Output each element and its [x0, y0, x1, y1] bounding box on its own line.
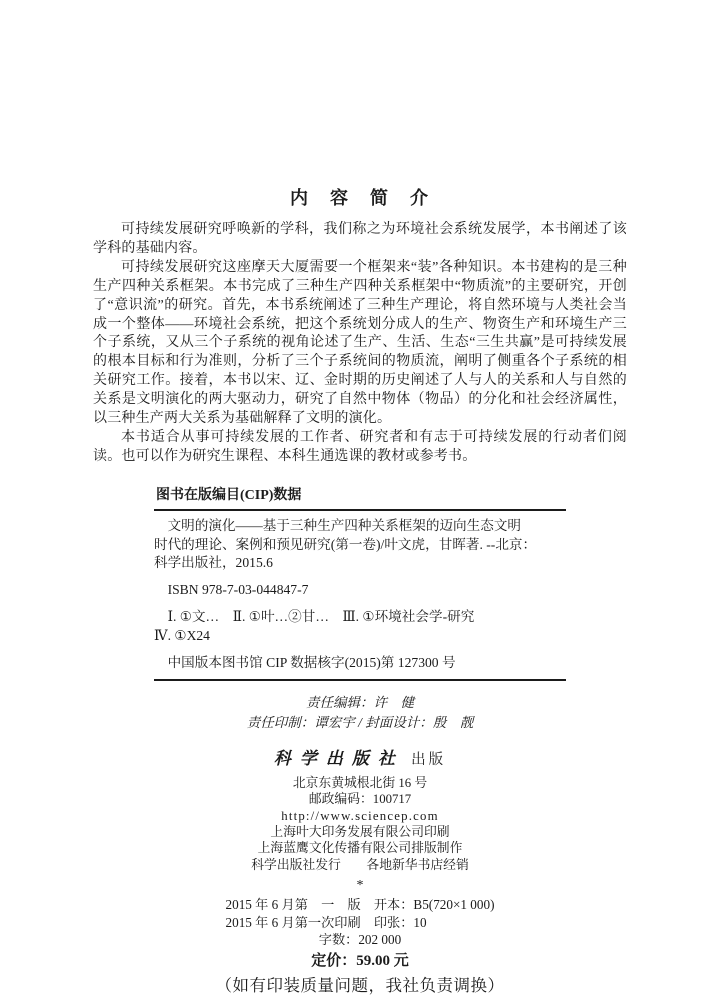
- content-summary-section: 可持续发展研究呼唤新的学科，我们称之为环境社会系统发展学，本书阐述了该学科的基础…: [93, 221, 627, 467]
- publisher-name-line: 科学出版社 出版: [0, 748, 720, 771]
- cip-record-number: 中国版本图书馆 CIP 数据核字(2015)第 127300 号: [154, 654, 566, 673]
- cip-header: 图书在版编目(CIP)数据: [156, 487, 566, 506]
- content-summary-title: 内 容 简 介: [0, 0, 720, 209]
- publisher-name: 科学出版社: [274, 749, 404, 768]
- typesetting-line: 上海蓝鹰文化传播有限公司排版制作: [0, 840, 720, 856]
- cip-class-line: Ⅰ. ①文… Ⅱ. ①叶…②甘… Ⅲ. ①环境社会学-研究: [154, 608, 566, 627]
- responsible-editor: 责任编辑：许 健: [0, 693, 720, 714]
- summary-paragraph: 可持续发展研究这座摩天大厦需要一个框架来“装”各种知识。本书建构的是三种生产四种…: [93, 259, 627, 429]
- cip-classification: Ⅰ. ①文… Ⅱ. ①叶…②甘… Ⅲ. ①环境社会学-研究 Ⅳ. ①X24: [154, 608, 566, 645]
- cip-class-line: Ⅳ. ①X24: [154, 627, 566, 646]
- publisher-website: http://www.sciencep.com: [0, 808, 720, 824]
- edition-details: 2015 年 6 月第 一 版 开本：B5(720×1 000) 2015 年 …: [226, 896, 495, 931]
- quality-exchange-note: （如有印装质量问题，我社负责调换）: [0, 975, 720, 996]
- publisher-address: 北京东黄城根北街 16 号: [0, 775, 720, 791]
- cip-data-block: 图书在版编目(CIP)数据 文明的演化——基于三种生产四种关系框架的迈向生态文明…: [154, 487, 566, 681]
- cip-title-line: 文明的演化——基于三种生产四种关系框架的迈向生态文明: [154, 517, 566, 536]
- asterisk-separator: *: [0, 878, 720, 893]
- distribution-line: 科学出版社发行 各地新华书店经销: [0, 857, 720, 873]
- print-and-cover-credits: 责任印制：谭宏宇 / 封面设计：殷 靓: [0, 713, 720, 734]
- cip-title-line: 科学出版社，2015.6: [154, 554, 566, 573]
- cip-bottom-rule: [154, 679, 566, 681]
- book-copyright-page: 内 容 简 介 可持续发展研究呼唤新的学科，我们称之为环境社会系统发展学，本书阐…: [0, 0, 720, 1000]
- price-line: 定价：59.00 元: [0, 952, 720, 971]
- staff-credits: 责任编辑：许 健 责任印制：谭宏宇 / 封面设计：殷 靓: [0, 693, 720, 734]
- cip-bibliographic-entry: 文明的演化——基于三种生产四种关系框架的迈向生态文明 时代的理论、案例和预见研究…: [154, 517, 566, 573]
- edition-line: 2015 年 6 月第 一 版 开本：B5(720×1 000): [226, 896, 495, 914]
- printing-line: 2015 年 6 月第一次印刷 印张：10: [226, 914, 495, 932]
- postal-code: 邮政编码：100717: [0, 791, 720, 807]
- word-count: 字数：202 000: [0, 931, 720, 949]
- edition-block: 2015 年 6 月第 一 版 开本：B5(720×1 000) 2015 年 …: [0, 896, 720, 996]
- publisher-block: 科学出版社 出版 北京东黄城根北街 16 号 邮政编码：100717 http:…: [0, 748, 720, 893]
- printer-line: 上海叶大印务发展有限公司印刷: [0, 824, 720, 840]
- summary-paragraph: 可持续发展研究呼唤新的学科，我们称之为环境社会系统发展学，本书阐述了该学科的基础…: [93, 221, 627, 259]
- summary-paragraph: 本书适合从事可持续发展的工作者、研究者和有志于可持续发展的行动者们阅读。也可以作…: [93, 429, 627, 467]
- cip-top-rule: [154, 509, 566, 511]
- isbn-number: ISBN 978-7-03-044847-7: [154, 581, 566, 600]
- publish-label: 出版: [411, 752, 446, 768]
- cip-title-line: 时代的理论、案例和预见研究(第一卷)/叶文虎，甘晖著. --北京：: [154, 536, 566, 555]
